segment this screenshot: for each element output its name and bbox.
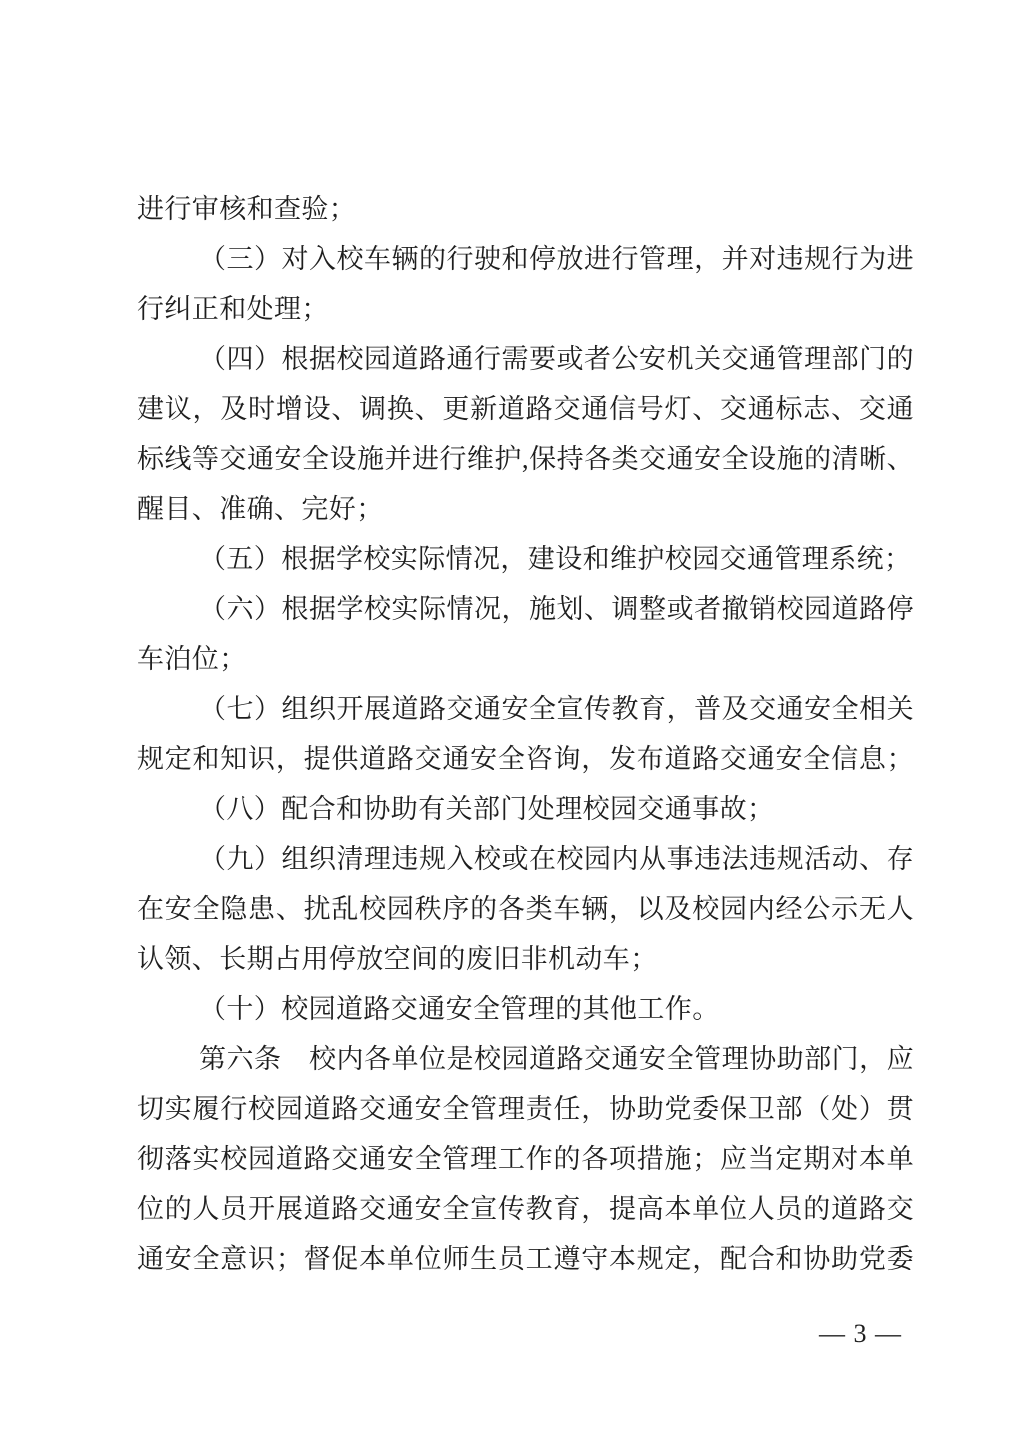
- text-line: 通安全意识；督促本单位师生员工遵守本规定，配合和协助党委: [137, 1234, 914, 1284]
- text-line: （十）校园道路交通安全管理的其他工作。: [137, 984, 914, 1034]
- text-line: 建议，及时增设、调换、更新道路交通信号灯、交通标志、交通: [137, 384, 914, 434]
- page-number: — 3 —: [819, 1314, 902, 1354]
- text-line: （九）组织清理违规入校或在校园内从事违法违规活动、存: [137, 834, 914, 884]
- text-line: 认领、长期占用停放空间的废旧非机动车；: [137, 934, 914, 984]
- text-line: （六）根据学校实际情况，施划、调整或者撤销校园道路停: [137, 584, 914, 634]
- text-line: （三）对入校车辆的行驶和停放进行管理，并对违规行为进: [137, 234, 914, 284]
- text-line: 彻落实校园道路交通安全管理工作的各项措施；应当定期对本单: [137, 1134, 914, 1184]
- document-page: 进行审核和查验； （三）对入校车辆的行驶和停放进行管理，并对违规行为进 行纠正和…: [0, 0, 1024, 1448]
- text-line: （四）根据校园道路通行需要或者公安机关交通管理部门的: [137, 334, 914, 384]
- text-line: （七）组织开展道路交通安全宣传教育，普及交通安全相关: [137, 684, 914, 734]
- text-line: 第六条 校内各单位是校园道路交通安全管理协助部门，应: [137, 1034, 914, 1084]
- text-line: 在安全隐患、扰乱校园秩序的各类车辆，以及校园内经公示无人: [137, 884, 914, 934]
- text-line: （五）根据学校实际情况，建设和维护校园交通管理系统；: [137, 534, 914, 584]
- text-line: （八）配合和协助有关部门处理校园交通事故；: [137, 784, 914, 834]
- text-line: 规定和知识，提供道路交通安全咨询，发布道路交通安全信息；: [137, 734, 914, 784]
- text-line: 标线等交通安全设施并进行维护,保持各类交通安全设施的清晰、: [137, 434, 914, 484]
- text-line: 进行审核和查验；: [137, 184, 914, 234]
- text-line: 位的人员开展道路交通安全宣传教育，提高本单位人员的道路交: [137, 1184, 914, 1234]
- text-line: 车泊位；: [137, 634, 914, 684]
- document-body: 进行审核和查验； （三）对入校车辆的行驶和停放进行管理，并对违规行为进 行纠正和…: [137, 184, 914, 1284]
- text-line: 切实履行校园道路交通安全管理责任，协助党委保卫部（处）贯: [137, 1084, 914, 1134]
- text-line: 醒目、准确、完好；: [137, 484, 914, 534]
- text-line: 行纠正和处理；: [137, 284, 914, 334]
